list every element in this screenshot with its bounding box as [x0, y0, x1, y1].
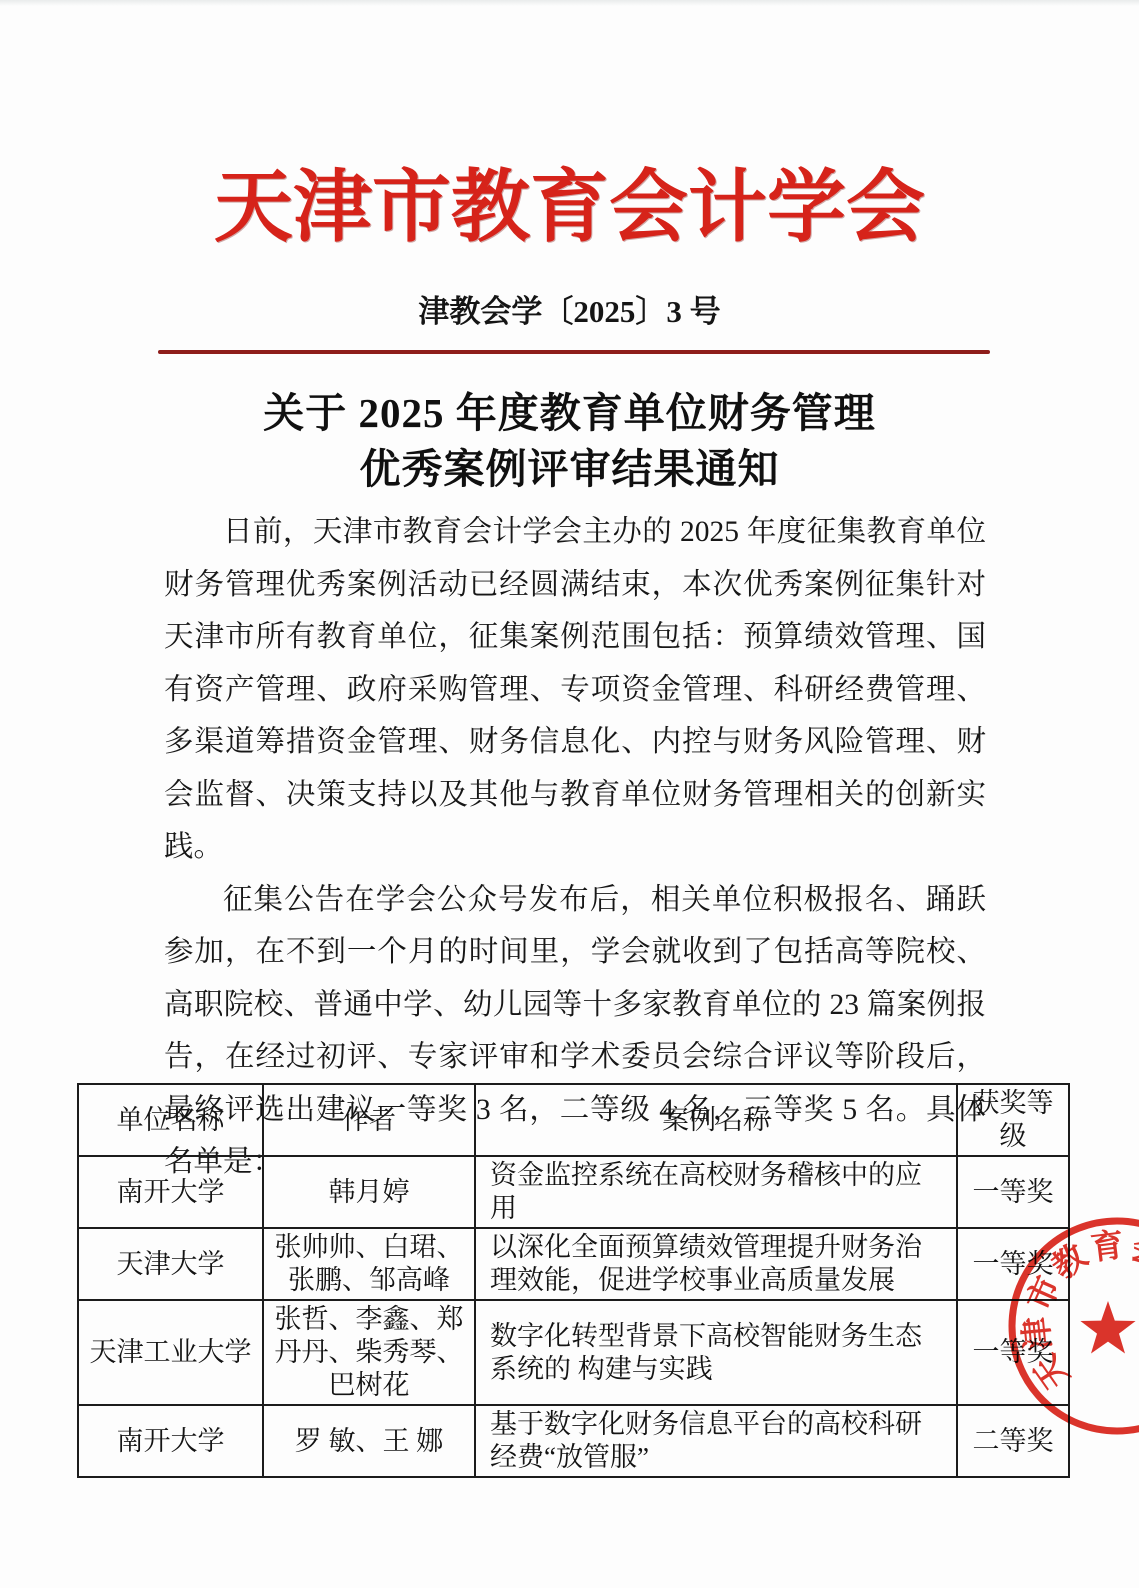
- cell-case: 资金监控系统在高校财务稽核中的应用: [475, 1156, 957, 1228]
- org-title: 天津市教育会计学会: [0, 163, 1139, 255]
- cell-unit: 天津大学: [78, 1228, 263, 1300]
- cell-award: 二等奖: [957, 1405, 1069, 1477]
- cell-case: 数字化转型背景下高校智能财务生态系统的 构建与实践: [475, 1300, 957, 1405]
- seal-char: 会: [1125, 1229, 1139, 1276]
- table-row: 天津工业大学 张哲、李鑫、郑丹丹、柴秀琴、巴树花 数字化转型背景下高校智能财务生…: [78, 1300, 1069, 1405]
- doc-title-line-2: 优秀案例评审结果通知: [0, 441, 1139, 497]
- red-rule-divider: [158, 350, 990, 354]
- document-page: 天津市教育会计学会 津教会学〔2025〕3 号 关于 2025 年度教育单位财务…: [0, 0, 1139, 1588]
- cell-unit: 南开大学: [78, 1156, 263, 1228]
- cell-award: 一等奖: [957, 1300, 1069, 1405]
- header-award: 获奖等级: [957, 1084, 1069, 1156]
- header-authors: 作者: [263, 1084, 475, 1156]
- header-unit: 单位名称: [78, 1084, 263, 1156]
- results-table: 单位名称 作者 案例名称 获奖等级 南开大学 韩月婷 资金监控系统在高校财务稽核…: [77, 1083, 1070, 1478]
- cell-unit: 南开大学: [78, 1405, 263, 1477]
- doc-number: 津教会学〔2025〕3 号: [0, 291, 1139, 333]
- header-case: 案例名称: [475, 1084, 957, 1156]
- table-row: 南开大学 罗 敏、王 娜 基于数字化财务信息平台的高校科研经费“放管服” 二等奖: [78, 1405, 1069, 1477]
- cell-authors: 张哲、李鑫、郑丹丹、柴秀琴、巴树花: [263, 1300, 475, 1405]
- seal-char: 育: [1089, 1226, 1126, 1268]
- scan-edge-artifact: [0, 0, 1139, 6]
- doc-title: 关于 2025 年度教育单位财务管理 优秀案例评审结果通知: [0, 385, 1139, 497]
- doc-title-line-1: 关于 2025 年度教育单位财务管理: [0, 385, 1139, 441]
- seal-star-icon: [1080, 1301, 1135, 1354]
- table-row: 南开大学 韩月婷 资金监控系统在高校财务稽核中的应用 一等奖: [78, 1156, 1069, 1228]
- cell-award: 一等奖: [957, 1228, 1069, 1300]
- cell-unit: 天津工业大学: [78, 1300, 263, 1405]
- table-header-row: 单位名称 作者 案例名称 获奖等级: [78, 1084, 1069, 1156]
- cell-authors: 张帅帅、白珺、张鹏、邹高峰: [263, 1228, 475, 1300]
- cell-case: 以深化全面预算绩效管理提升财务治理效能，促进学校事业高质量发展: [475, 1228, 957, 1300]
- cell-award: 一等奖: [957, 1156, 1069, 1228]
- paragraph-1: 日前，天津市教育会计学会主办的 2025 年度征集教育单位财务管理优秀案例活动已…: [164, 506, 986, 874]
- cell-authors: 韩月婷: [263, 1156, 475, 1228]
- table-row: 天津大学 张帅帅、白珺、张鹏、邹高峰 以深化全面预算绩效管理提升财务治理效能，促…: [78, 1228, 1069, 1300]
- cell-authors: 罗 敏、王 娜: [263, 1405, 475, 1477]
- cell-case: 基于数字化财务信息平台的高校科研经费“放管服”: [475, 1405, 957, 1477]
